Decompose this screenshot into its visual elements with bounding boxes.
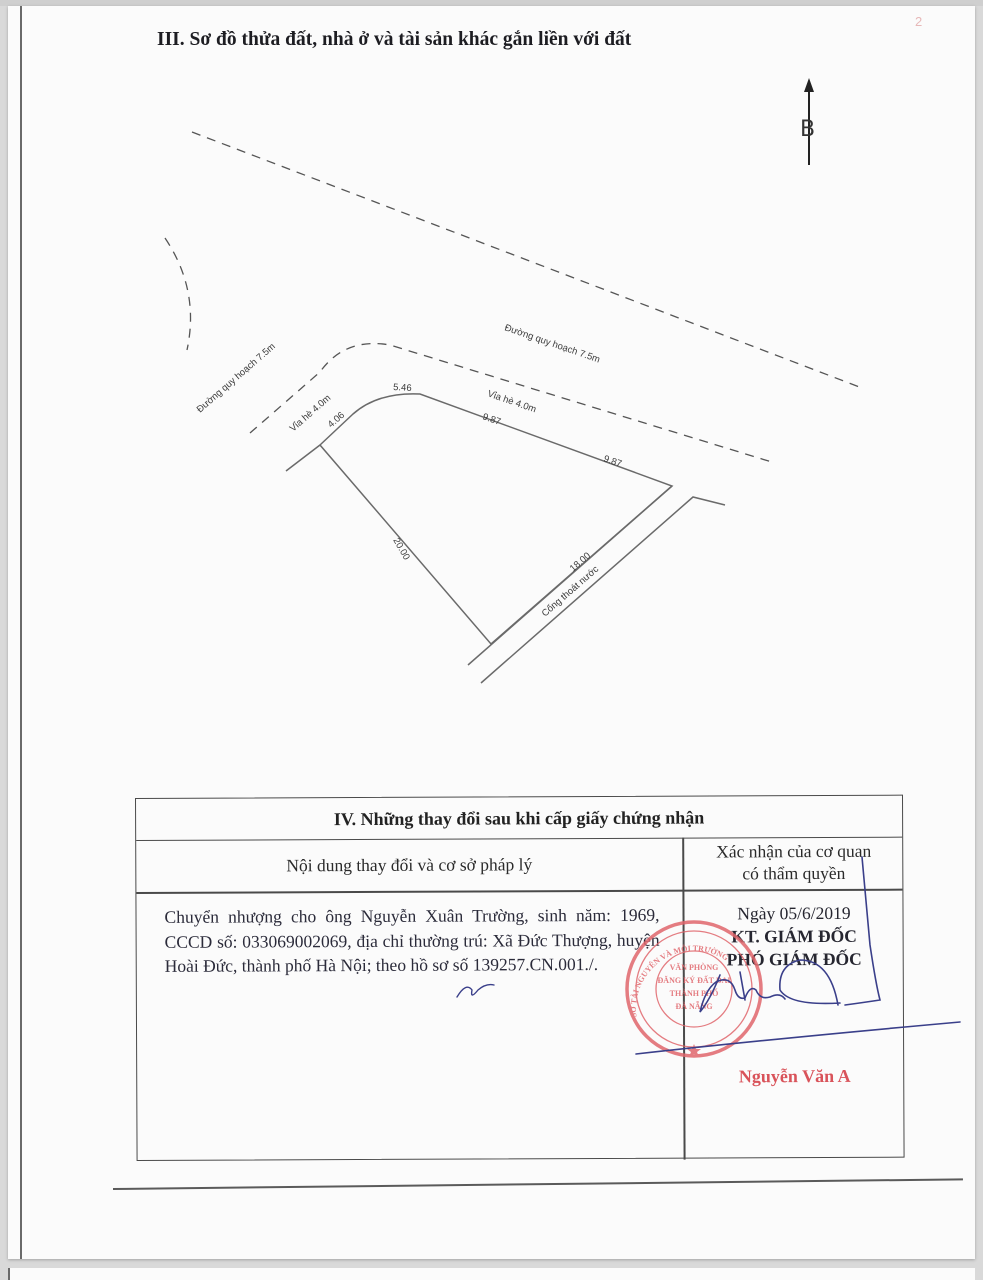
next-document-page [8,1268,975,1280]
column-header-confirmation: Xác nhận của cơ quan có thẩm quyền [683,840,904,885]
north-arrow-icon: B [800,78,815,165]
label-sidewalk-west: Vỉa hè 4.0m [288,393,334,435]
section-iv-title: IV. Những thay đổi sau khi cấp giấy chứn… [136,796,902,841]
column-header-confirmation-line1: Xác nhận của cơ quan [683,840,904,863]
label-road-west: Đường quy hoạch 7.5m [195,341,278,415]
dim-north-2: 9.87 [602,453,623,469]
change-entry-content: Chuyển nhượng cho ông Nguyễn Xuân Trường… [164,903,659,979]
confirmation-date: Ngày 05/6/2019 [683,902,904,926]
drainage-line-lower [481,497,725,683]
signer-role-1: KT. GIÁM ĐỐC [684,925,905,949]
change-entry-confirmation: Ngày 05/6/2019 KT. GIÁM ĐỐC PHÓ GIÁM ĐỐC [683,902,904,972]
changes-table: IV. Những thay đổi sau khi cấp giấy chứn… [135,795,905,1161]
north-arrow-label: B [800,117,815,142]
plot-boundary [320,394,672,644]
label-drainage: Cống thoát nước [540,564,602,620]
label-road-north: Đường quy hoạch 7.5m [503,322,601,365]
signer-role-2: PHÓ GIÁM ĐỐC [684,948,905,972]
land-plot-diagram: B Đường quy hoạch 7.5m Đường quy hoạch 7… [0,0,983,800]
dim-corner-arc: 5.46 [393,382,412,394]
column-header-confirmation-line2: có thẩm quyền [683,862,904,885]
signer-name: Nguyễn Văn A [684,1066,905,1088]
dim-north-1: 9.87 [481,411,502,427]
road-boundary-outer [192,132,862,388]
column-header-content: Nội dung thay đổi và cơ sở pháp lý [136,838,682,892]
drainage-line-upper [468,486,672,665]
table-column-divider [682,838,685,1160]
west-frontage-line [286,445,320,471]
dim-west-short: 4.06 [326,410,347,430]
label-sidewalk-north: Vỉa hè 4.0m [486,388,538,415]
road-boundary-arc-west [165,238,191,350]
